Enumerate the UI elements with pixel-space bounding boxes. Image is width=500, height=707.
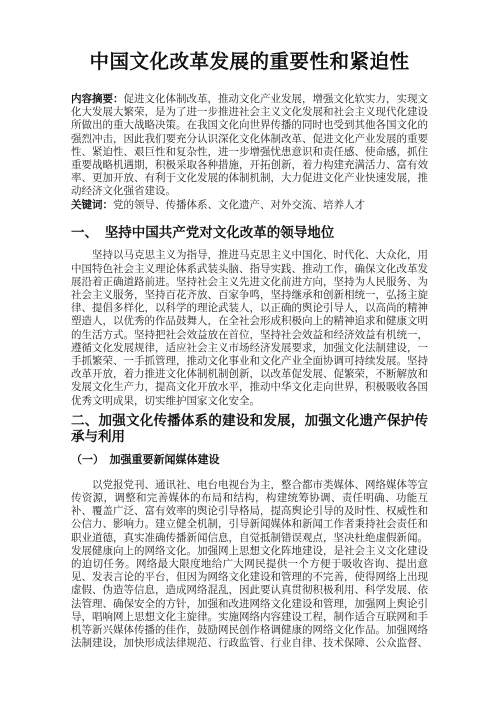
abstract-paragraph: 内容摘要：促进文化体制改革，推动文化产业发展，增强文化软实力，实现文化大发展大繁… xyxy=(71,93,428,199)
section-2-paragraph: 以党报党刊、通讯社、电台电视台为主，整合都市类媒体、网络媒体等宣传资源，调整和完… xyxy=(71,479,428,651)
document-title: 中国文化改革发展的重要性和紧迫性 xyxy=(71,50,428,74)
keywords-line: 关键词：党的领导、传播体系、文化遗产、对外交流、培养人才 xyxy=(71,199,428,212)
abstract-label: 内容摘要： xyxy=(71,93,124,105)
section-1-paragraph: 坚持以马克思主义为指导，推进马克思主义中国化、时代化、大众化，用中国特色社会主义… xyxy=(71,249,428,407)
abstract-text: 促进文化体制改革，推动文化产业发展，增强文化软实力，实现文化大发展大繁荣，是为了… xyxy=(71,94,428,197)
section-2-subheading: （一） 加强重要新闻媒体建设 xyxy=(71,454,428,467)
section-2-heading: 二、加强文化传播体系的建设和发展，加强文化遗产保护传承与利用 xyxy=(71,413,428,446)
keywords-label: 关键词： xyxy=(71,199,113,211)
document-page: 中国文化改革发展的重要性和紧迫性 内容摘要：促进文化体制改革，推动文化产业发展，… xyxy=(0,0,500,707)
keywords-text: 党的领导、传播体系、文化遗产、对外交流、培养人才 xyxy=(113,200,365,211)
section-1-heading: 一、 坚持中国共产党对文化改革的领导地位 xyxy=(71,225,428,242)
